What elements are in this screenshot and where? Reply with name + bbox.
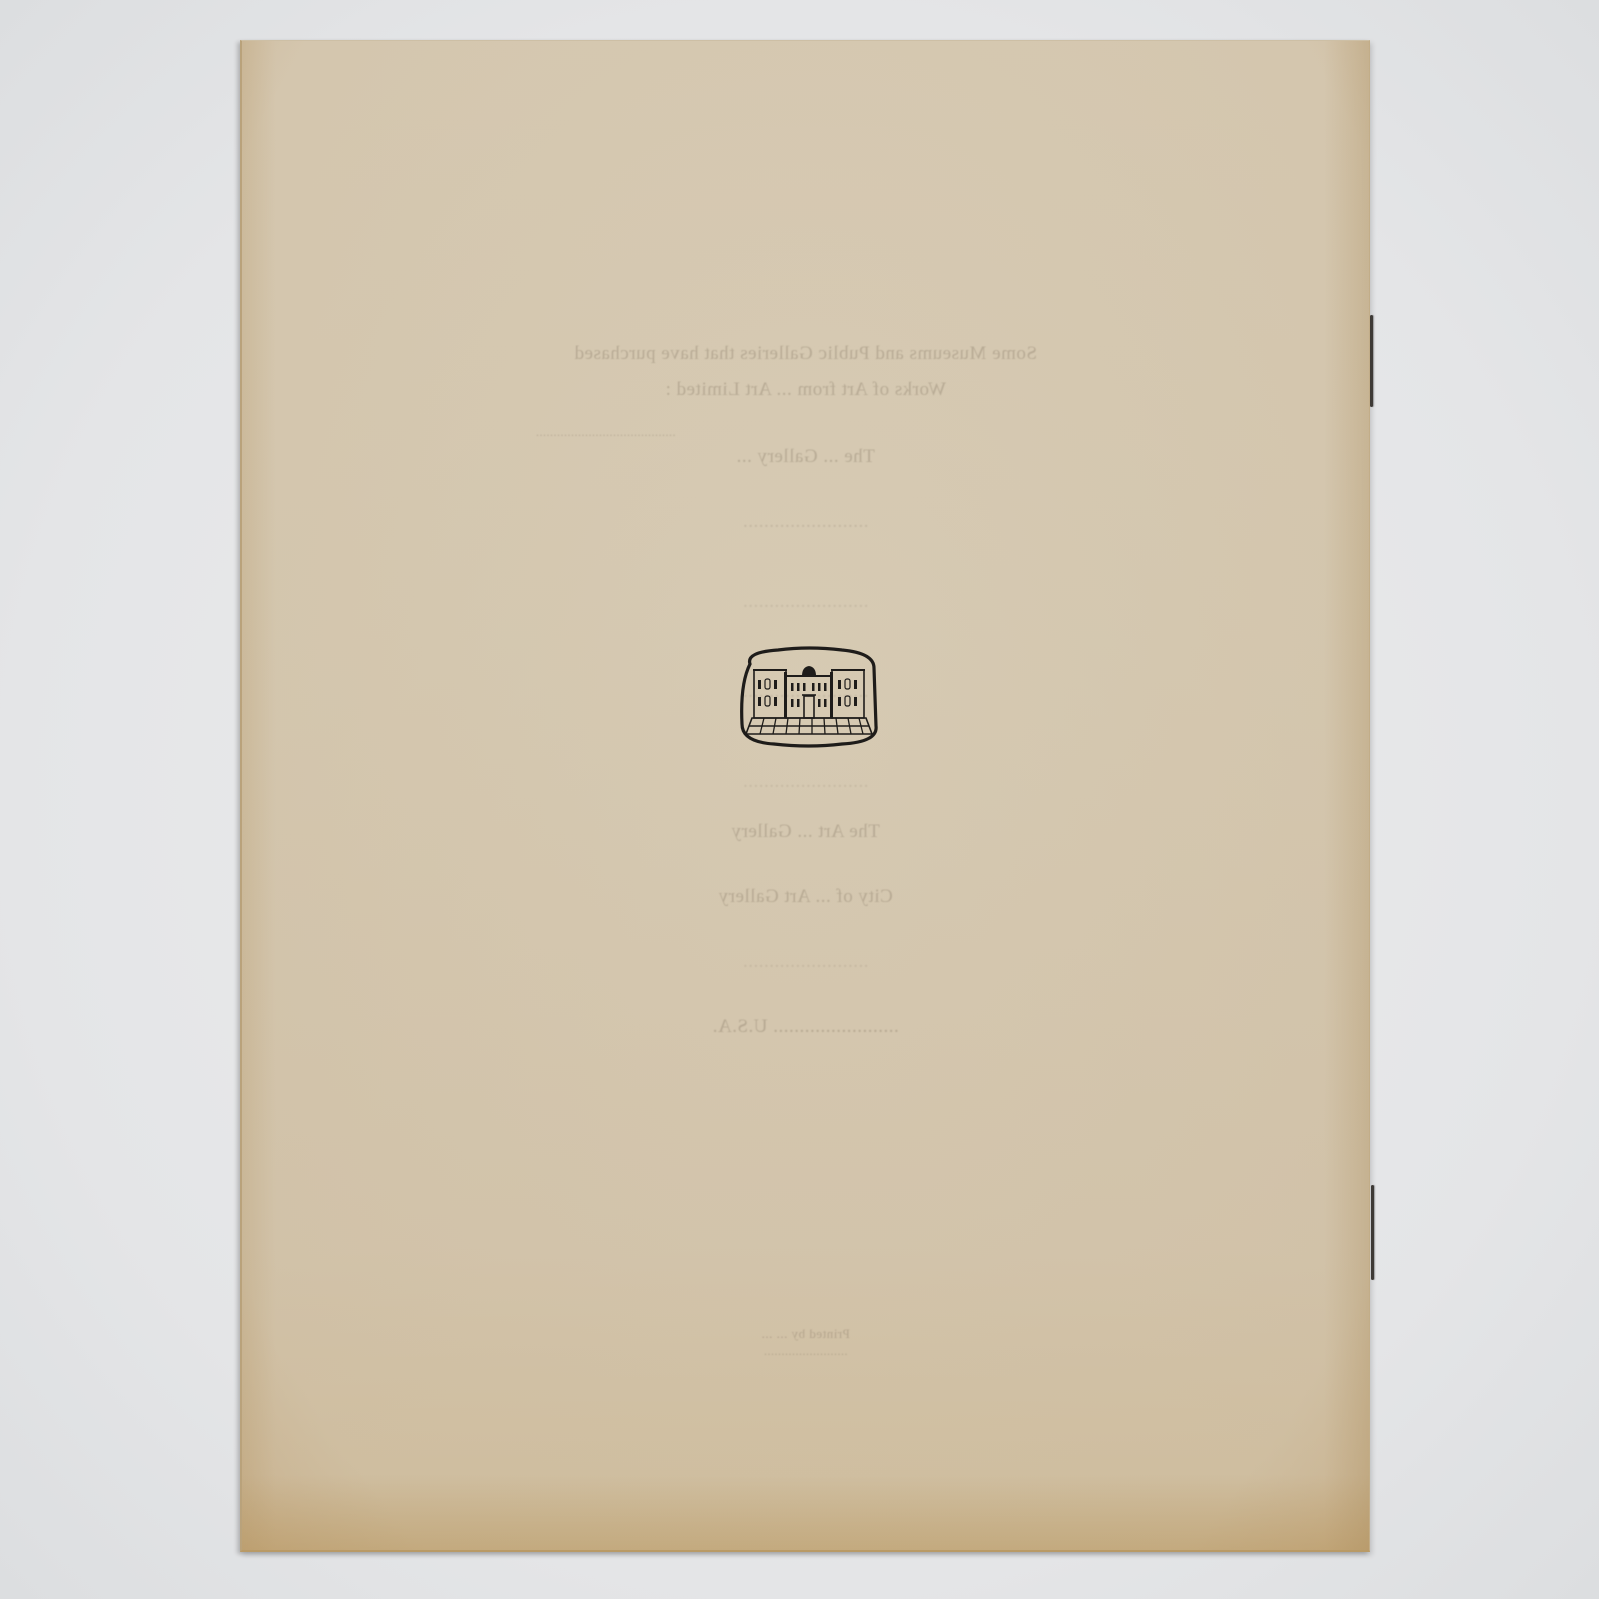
showthrough-text-line: ........................	[242, 771, 1369, 793]
building-emblem-icon	[738, 644, 880, 748]
showthrough-text-line: ........................	[242, 511, 1369, 533]
booklet-back-cover: Some Museums and Public Galleries that h…	[240, 40, 1370, 1552]
showthrough-text-line: Some Museums and Public Galleries that h…	[242, 343, 1369, 365]
showthrough-text-line: Printed by ... ...	[242, 1326, 1369, 1342]
showthrough-text-line: City of ... Art Gallery	[242, 886, 1369, 908]
showthrough-text-line: ........................	[242, 591, 1369, 613]
showthrough-text-line: ........................ U.S.A.	[242, 1016, 1369, 1038]
showthrough-text-line: ........................	[242, 1344, 1369, 1359]
staple	[1371, 1185, 1374, 1280]
staple	[1370, 315, 1373, 407]
showthrough-text-line: Works of Art from ... Art Limited :	[242, 379, 1369, 401]
showthrough-text-line: The Art ... Gallery	[242, 821, 1369, 843]
showthrough-text-line: ........................................	[42, 425, 1169, 440]
showthrough-text-line: The ... Gallery ...	[242, 446, 1369, 468]
showthrough-text-line: ........................	[242, 951, 1369, 973]
